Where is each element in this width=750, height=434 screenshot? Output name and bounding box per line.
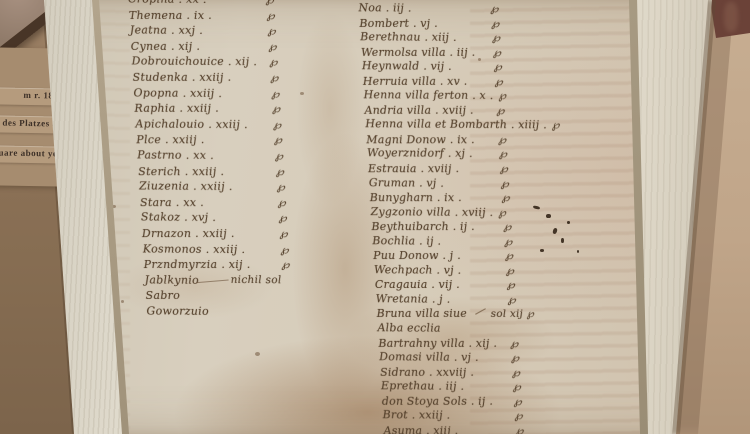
groschen-abbreviation-glyph: ℘ — [275, 148, 284, 164]
groschen-abbreviation-glyph: ℘ — [271, 85, 280, 101]
entry-text: Wechpach . vj . — [374, 263, 462, 277]
entry-text: Pastrno . xx . — [137, 148, 214, 161]
entry-text: Themena . ix . — [129, 9, 213, 22]
manuscript-entry: Andria villa . xviij .℘ — [364, 104, 635, 119]
manuscript-entry: Noa . iij .℘ — [358, 1, 629, 17]
entry-text: Henna villa ferton . x . — [363, 88, 493, 102]
entry-text: Puu Donow . j . — [373, 249, 461, 262]
manuscript-entry: Henna villa ferton . x .℘ — [363, 88, 634, 104]
manuscript-entry: Domasi villa . vj .℘ — [379, 350, 650, 366]
manuscript-entry: don Stoya Sols . ij .℘ — [381, 395, 652, 410]
entry-text: Apichalouio . xxiij . — [135, 117, 248, 131]
groschen-abbreviation-glyph: ℘ — [280, 241, 289, 257]
entry-text: Estrauia . xviij . — [368, 162, 460, 175]
groschen-abbreviation-glyph: ℘ — [269, 54, 278, 70]
manuscript-entry: Goworzuio — [146, 303, 347, 320]
manuscript-entry: Sterich . xxiij .℘ — [138, 164, 339, 180]
manuscript-entry: Asuma . xiij .℘ — [383, 424, 654, 434]
groschen-abbreviation-glyph: ℘ — [267, 23, 276, 39]
manuscript-entry: Beythuibarch . ij .℘ — [371, 220, 642, 235]
manuscript-entry: Stakoz . xvj .℘ — [141, 210, 342, 227]
manuscript-entry: Przndmyrzia . xij .℘ — [143, 257, 344, 273]
groschen-abbreviation-glyph: ℘ — [280, 226, 289, 242]
entry-text: Stakoz . xvj . — [141, 211, 217, 224]
entry-text: Raphia . xxiij . — [134, 102, 219, 115]
manuscript-column-left: Cropina . xx .℘Themena . ix .℘Jeatna . x… — [128, 0, 347, 319]
manuscript-entry: Estrauia . xviij .℘ — [368, 162, 639, 177]
groschen-abbreviation-glyph: ℘ — [495, 74, 504, 89]
groschen-abbreviation-glyph: ℘ — [494, 60, 503, 75]
groschen-abbreviation-glyph: ℘ — [496, 103, 505, 118]
manuscript-entry: Bartrahny villa . xij .℘ — [378, 337, 649, 352]
entry-text: Studenka . xxiij . — [132, 71, 231, 84]
groschen-abbreviation-glyph: ℘ — [505, 249, 514, 264]
manuscript-entry: Bombert . vj .℘ — [359, 17, 630, 32]
manuscript-entry: Woyerznidorf . xj .℘ — [367, 147, 638, 163]
entry-text: Plce . xxiij . — [136, 133, 205, 146]
entry-text: Herruia villa . xv . — [362, 75, 467, 88]
groschen-abbreviation-glyph: ℘ — [277, 179, 286, 195]
groschen-abbreviation-glyph: ℘ — [501, 191, 510, 206]
manuscript-entry: Berethnau . xiij .℘ — [360, 30, 631, 46]
groschen-abbreviation-glyph: ℘ — [507, 293, 516, 308]
manuscript-entry: Bochlia . ij .℘ — [372, 234, 643, 250]
groschen-abbreviation-glyph: ℘ — [273, 117, 282, 133]
manuscript-entry: Brot . xxiij .℘ — [382, 408, 653, 424]
manuscript-column-right: Noa . iij .℘Bombert . vj .℘Berethnau . x… — [358, 2, 654, 434]
manuscript-entry: Studenka . xxiij .℘ — [132, 70, 333, 86]
entry-text: Cropina . xx . — [128, 0, 207, 6]
manuscript-entry: Opopna . xxiij .℘ — [133, 85, 334, 102]
manuscript-entry: Herruia villa . xv .℘ — [362, 75, 633, 90]
entry-text: Woyerznidorf . xj . — [367, 147, 473, 161]
entry-text: Goworzuio — [146, 304, 209, 317]
groschen-abbreviation-glyph: ℘ — [511, 351, 520, 366]
entry-text: Kosmonos . xxiij . — [142, 242, 245, 256]
entry-text: Drnazon . xxiij . — [141, 227, 234, 240]
groschen-abbreviation-glyph: ℘ — [500, 162, 509, 177]
manuscript-entry: Pastrno . xx .℘ — [137, 147, 338, 164]
groschen-abbreviation-glyph: ℘ — [514, 409, 523, 424]
manuscript-entry: Themena . ix .℘ — [128, 8, 329, 24]
groschen-abbreviation-glyph: ℘ — [490, 2, 499, 17]
entry-annotation: sol xij ℘ — [490, 307, 534, 322]
manuscript-entry: Drnazon . xxiij .℘ — [141, 226, 342, 242]
entry-text: Bunygharn . ix . — [369, 191, 462, 204]
entry-text: Bochlia . ij . — [372, 234, 441, 247]
manuscript-entry: Jablkynionichil sol — [144, 272, 345, 289]
groschen-abbreviation-glyph: ℘ — [491, 16, 500, 31]
entry-text: Sterich . xxiij . — [138, 165, 225, 178]
entry-text: Sidrano . xxviij . — [380, 366, 475, 379]
manuscript-entry: Alba ecclia — [377, 321, 648, 337]
entry-annotation: nichil sol — [230, 273, 282, 289]
annotation-connector-line — [197, 279, 229, 283]
entry-text: Bruna villa siue — [376, 307, 467, 320]
entry-text: Domasi villa . vj . — [379, 350, 479, 364]
manuscript-entry: Heynwald . vij .℘ — [362, 59, 633, 75]
manuscript-entry: Bruna villa siuesol xij ℘ — [376, 307, 647, 322]
groschen-abbreviation-glyph: ℘ — [551, 119, 560, 132]
manuscript-entry: Cynea . xij .℘ — [130, 39, 331, 55]
groschen-abbreviation-glyph: ℘ — [268, 38, 277, 54]
entry-text: Jablkynio — [144, 273, 199, 286]
entry-text: Cragauia . vij . — [375, 278, 461, 291]
manuscript-entry: Bunygharn . ix .℘ — [369, 191, 640, 206]
entry-text: Berethnau . xiij . — [360, 30, 457, 44]
entry-text: Opopna . xxiij . — [133, 86, 222, 100]
entry-text: Brot . xxiij . — [382, 408, 450, 421]
manuscript-entry: Magni Donow . ix .℘ — [366, 133, 637, 148]
entry-text: Asuma . xiij . — [383, 424, 458, 434]
manuscript-entry: Apichalouio . xxiij .℘ — [135, 116, 336, 133]
entry-text: Alba ecclia — [377, 321, 441, 334]
groschen-abbreviation-glyph: ℘ — [515, 423, 524, 434]
entry-text: Beythuibarch . ij . — [371, 220, 475, 233]
groschen-abbreviation-glyph: ℘ — [513, 380, 522, 395]
manuscript-entry: Gruman . vj .℘ — [368, 176, 639, 192]
groschen-abbreviation-glyph: ℘ — [499, 147, 508, 162]
groschen-abbreviation-glyph: ℘ — [514, 394, 523, 409]
groschen-abbreviation-glyph: ℘ — [270, 70, 279, 86]
groschen-abbreviation-glyph: ℘ — [504, 234, 513, 249]
entry-text: Ziuzenia . xxiij . — [139, 180, 233, 194]
manuscript-entry: Wechpach . vj .℘ — [374, 263, 645, 279]
manuscript-entry: Zygzonio villa . xviij .℘ — [370, 205, 641, 221]
entry-text: Bombert . vj . — [359, 17, 438, 30]
manuscript-entry: Puu Donow . j .℘ — [373, 249, 644, 264]
entry-text: Noa . iij . — [358, 1, 412, 14]
groschen-abbreviation-glyph: ℘ — [274, 132, 283, 148]
groschen-abbreviation-glyph: ℘ — [498, 206, 507, 219]
entry-text: Gruman . vj . — [368, 176, 444, 189]
entry-text: Wermolsa villa . iij . — [361, 46, 476, 59]
entry-text: Wretania . j . — [375, 292, 450, 305]
groschen-abbreviation-glyph: ℘ — [510, 336, 519, 351]
manuscript-entry: Henna villa et Bombarth . xiiij .℘ — [365, 118, 636, 134]
manuscript-entry: Raphia . xxiij .℘ — [134, 101, 335, 117]
groschen-abbreviation-glyph: ℘ — [278, 194, 287, 210]
entry-text: Cynea . xij . — [130, 40, 200, 53]
entry-text: Dobrouichouice . xij . — [131, 55, 257, 69]
manuscript-entry: Wermolsa villa . iij .℘ — [361, 46, 632, 61]
groschen-abbreviation-glyph: ℘ — [492, 31, 501, 46]
entry-text: Heynwald . vij . — [362, 59, 452, 73]
groschen-abbreviation-glyph: ℘ — [507, 278, 516, 293]
groschen-abbreviation-glyph: ℘ — [498, 133, 507, 148]
entry-text: Magni Donow . ix . — [366, 133, 475, 146]
groschen-abbreviation-glyph: ℘ — [512, 365, 521, 380]
entry-text: Andria villa . xviij . — [364, 104, 474, 117]
manuscript-entry: Kosmonos . xxiij .℘ — [142, 241, 343, 258]
entry-text: Henna villa et Bombarth . xiiij . — [365, 118, 547, 132]
entry-text: Przndmyrzia . xij . — [143, 258, 250, 271]
groschen-abbreviation-glyph: ℘ — [498, 89, 507, 102]
groschen-abbreviation-glyph: ℘ — [272, 101, 281, 117]
entry-text: Sabro — [145, 289, 180, 302]
groschen-abbreviation-glyph: ℘ — [503, 220, 512, 235]
groschen-abbreviation-glyph: ℘ — [276, 163, 285, 179]
manuscript-entry: Ziuzenia . xxiij .℘ — [139, 179, 340, 196]
annotation-connector-line — [475, 309, 486, 316]
groschen-abbreviation-glyph: ℘ — [281, 257, 290, 273]
manuscript-entry: Dobrouichouice . xij .℘ — [131, 54, 332, 71]
groschen-abbreviation-glyph: ℘ — [279, 210, 288, 226]
manuscript-entry: Wretania . j .℘ — [375, 292, 646, 308]
entry-text: don Stoya Sols . ij . — [381, 395, 493, 408]
manuscript-entry: Plce . xxiij .℘ — [136, 132, 337, 148]
entry-text: Stara . xx . — [140, 196, 205, 209]
groschen-abbreviation-glyph: ℘ — [493, 45, 502, 60]
entry-text: Jeatna . xxj . — [129, 24, 203, 37]
manuscript-entry: Cragauia . vij .℘ — [375, 278, 646, 293]
manuscript-entry: Sidrano . xxviij .℘ — [380, 366, 651, 381]
manuscript-entry: Eprethau . iij .℘ — [381, 379, 652, 395]
manuscript-entry: Stara . xx .℘ — [140, 195, 341, 211]
manuscript-entry: Sabro — [145, 288, 346, 304]
entry-text: Bartrahny villa . xij . — [378, 337, 497, 350]
entry-text: Eprethau . iij . — [381, 379, 465, 393]
groschen-abbreviation-glyph: ℘ — [501, 176, 510, 191]
groschen-abbreviation-glyph: ℘ — [506, 263, 515, 278]
manuscript-entry: Jeatna . xxj .℘ — [129, 23, 330, 40]
entry-text: Zygzonio villa . xviij . — [370, 205, 493, 219]
groschen-abbreviation-glyph: ℘ — [267, 7, 276, 23]
museum-photo: m r. 1889 des Platzes au square about ye… — [0, 0, 750, 434]
